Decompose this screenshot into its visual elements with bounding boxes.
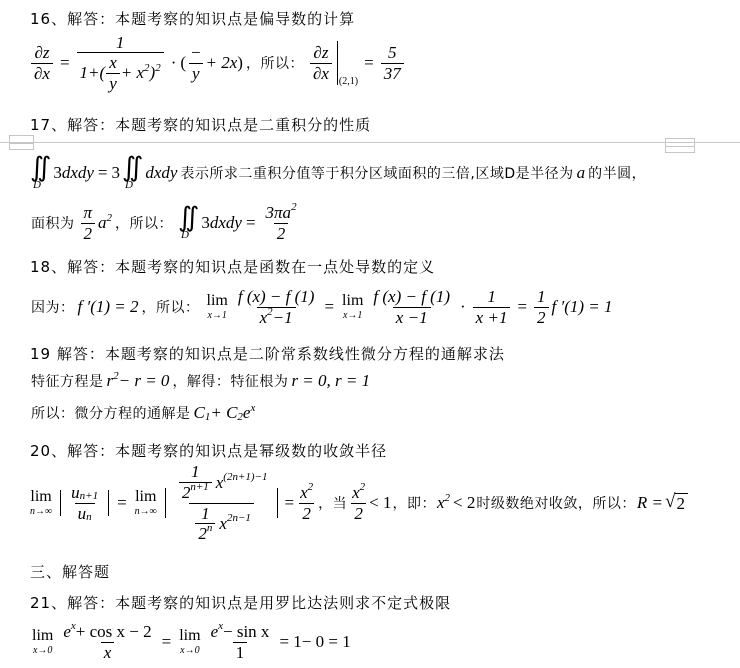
fraction: 1 2 n	[195, 504, 215, 544]
integral-region: D	[181, 230, 189, 241]
formula-19-line1: 特征方程是 r 2 − r = 0 ，解得：特征根为 r = 0, r = 1	[28, 368, 370, 394]
superscript: 2	[308, 482, 314, 493]
math-token: 1	[198, 504, 213, 524]
double-integral-icon: ∬	[30, 155, 51, 181]
math-token: < 2	[450, 493, 475, 513]
double-integral: ∬ D	[122, 155, 143, 192]
math-token: =	[56, 53, 74, 73]
chinese-text: ，当	[317, 493, 348, 513]
math-token: e	[211, 622, 219, 642]
double-integral: ∬ D	[30, 155, 51, 192]
math-token: u	[71, 483, 80, 503]
superscript: 2	[107, 213, 113, 224]
fraction: − y	[187, 43, 204, 83]
math-token: −1	[273, 308, 293, 328]
superscript: 2n−1	[227, 513, 251, 524]
fraction: ∂z ∂x	[31, 43, 53, 83]
subscript: 1	[205, 412, 211, 423]
math-token: ∂x	[310, 63, 332, 84]
math-token: 2	[274, 223, 289, 244]
math-token: a	[577, 163, 586, 183]
limit-operator: lim n→∞	[135, 489, 157, 517]
math-token: 1	[188, 462, 203, 482]
math-token: =	[113, 493, 131, 513]
formula-21: lim x→0 e x + cos x − 2 x = lim x→0 e x …	[28, 618, 351, 666]
fraction: 1 2	[534, 287, 549, 327]
math-token: 2	[299, 503, 314, 524]
math-token: lim	[30, 489, 51, 505]
limit-operator: lim x→1	[207, 293, 228, 321]
math-token: dxdy	[145, 163, 177, 183]
math-token: ·	[456, 297, 470, 317]
math-token: y	[189, 63, 203, 84]
boundary-mark-right	[665, 138, 695, 153]
subscript: n→∞	[30, 507, 52, 517]
math-token: ∂z	[31, 43, 52, 63]
math-token: 2	[351, 503, 366, 524]
fraction: x y	[106, 53, 120, 93]
math-token: π	[81, 203, 96, 223]
math-token: 3	[53, 163, 62, 183]
formula-17-line2: 面积为 π 2 a 2 ，所以： ∬ D 3 dxdy = 3πa 2 2	[28, 198, 303, 248]
boundary-mark-left	[9, 135, 34, 150]
limit-operator: lim x→0	[32, 628, 53, 656]
chinese-text: 表示所求二重积分值等于积分区域面积的三倍,区域D是半径为	[177, 163, 576, 183]
double-integral: ∬ D	[178, 205, 199, 242]
math-token: x	[216, 473, 224, 493]
limit-operator: lim n→∞	[30, 489, 52, 517]
document-page[interactable]: 16、解答：本题考察的知识点是偏导数的计算 ∂z ∂x = 1 1+( x y …	[0, 0, 740, 668]
math-token: u	[78, 504, 87, 524]
math-token: (	[180, 53, 186, 73]
chinese-text: ，所以：	[112, 213, 176, 233]
superscript: 2	[113, 371, 119, 382]
math-token: f ′(1) = 1	[552, 297, 613, 317]
math-token: lim	[179, 628, 200, 644]
math-token: 1	[233, 642, 248, 663]
formula-20: lim n→∞ u n+1 u n = lim n→∞ 1	[26, 458, 688, 548]
math-token: f (x) − f (1)	[370, 287, 453, 307]
fraction: 1 2 n+1 x (2n+1)−1 1 2 n x	[173, 462, 271, 543]
math-token: r	[107, 371, 114, 391]
math-token: =	[282, 493, 296, 513]
formula-18: 因为： f ′(1) = 2 ，所以： lim x→1 f (x) − f (1…	[28, 282, 613, 332]
fraction: x 2 2	[297, 483, 316, 523]
superscript: 2	[144, 63, 150, 74]
fraction: 3πa 2 2	[263, 203, 300, 243]
math-token: x	[219, 514, 227, 534]
superscript: 2	[360, 482, 366, 493]
limit-operator: lim x→1	[342, 293, 363, 321]
vertical-bar	[337, 41, 338, 85]
math-token: = 1− 0 = 1	[275, 632, 350, 652]
chinese-text: 所以：微分方程的通解是	[28, 403, 194, 423]
subscript: x→0	[33, 646, 52, 656]
math-token: e	[63, 622, 71, 642]
math-token: y	[106, 73, 120, 94]
subscript: n→∞	[135, 507, 157, 517]
chinese-text: ，所以：	[243, 53, 307, 73]
fraction: x 2 2	[349, 483, 368, 523]
superscript: x	[250, 403, 255, 414]
subscript: n	[86, 512, 92, 523]
math-token: r = 0, r = 1	[291, 371, 370, 391]
evaluation-bar: (2,1)	[337, 41, 358, 85]
math-token: f (x) − f (1)	[235, 287, 318, 307]
chinese-text: 时级数绝对收敛，所以：	[475, 493, 637, 513]
math-token: =	[94, 163, 112, 183]
fraction: u n+1 u n	[68, 483, 101, 523]
math-token: ∂z	[310, 43, 331, 63]
math-token: ·	[167, 53, 181, 73]
chinese-text: 的半圆，	[585, 163, 649, 183]
subscript: x→1	[343, 311, 362, 321]
chinese-text: 面积为	[28, 213, 78, 233]
math-token: x −1	[393, 307, 431, 328]
math-token: 1	[484, 287, 499, 307]
math-token: =	[242, 213, 260, 233]
superscript: 2	[291, 202, 297, 213]
page-boundary-line	[0, 142, 740, 143]
double-integral-icon: ∬	[178, 205, 199, 231]
math-token: 37	[381, 63, 404, 84]
math-token: x +1	[473, 307, 511, 328]
abs-bar	[277, 488, 278, 518]
fraction: 1 1+( x y + x 2 ) 2	[77, 33, 164, 94]
fraction: f (x) − f (1) x 2 −1	[235, 287, 318, 327]
math-token: 5	[385, 43, 400, 63]
math-token: < 1	[369, 493, 391, 513]
math-token: x	[101, 642, 115, 663]
solution-19-heading: 19 解答：本题考察的知识点是二阶常系数线性微分方程的通解求法	[30, 343, 505, 364]
abs-bar	[60, 490, 61, 516]
math-token: 1	[534, 287, 549, 307]
superscript: 2	[267, 307, 273, 318]
math-token: + C	[210, 403, 237, 423]
formula-19-line2: 所以：微分方程的通解是 C 1 + C 2 e x	[28, 400, 255, 426]
integral-region: D	[125, 180, 133, 191]
solution-21-heading: 21、解答：本题考察的知识点是用罗比达法则求不定式极限	[30, 592, 451, 613]
math-token: 3	[201, 213, 210, 233]
chinese-text: ，解得：特征根为	[169, 371, 291, 391]
formula-17-line1: ∬ D 3 dxdy = 3 ∬ D dxdy 表示所求二重积分值等于积分区域面…	[28, 150, 649, 196]
solution-18-heading: 18、解答：本题考察的知识点是函数在一点处导数的定义	[30, 256, 435, 277]
subscript: n+1	[80, 491, 98, 502]
fraction: 1 x +1	[473, 287, 511, 327]
math-token: =	[360, 53, 378, 73]
math-token: lim	[342, 293, 363, 309]
math-token: −	[187, 43, 204, 63]
math-token: =	[513, 297, 531, 317]
solution-16-heading: 16、解答：本题考察的知识点是偏导数的计算	[30, 8, 355, 29]
math-token: + cos x − 2	[76, 622, 152, 642]
chinese-text: 因为：	[28, 297, 78, 317]
math-token: − sin x	[223, 622, 269, 642]
math-token: C	[194, 403, 205, 423]
subscript: (2,1)	[339, 76, 358, 87]
abs-bar	[108, 490, 109, 516]
superscript: 2	[155, 63, 161, 74]
solution-17-heading: 17、解答：本题考察的知识点是二重积分的性质	[30, 114, 371, 135]
math-token: lim	[207, 293, 228, 309]
math-token: lim	[135, 489, 156, 505]
subscript: x→1	[207, 311, 226, 321]
chinese-text: 特征方程是	[28, 371, 107, 391]
math-token: 2	[81, 223, 96, 244]
math-token: 2	[534, 307, 549, 328]
superscript: x	[71, 621, 76, 632]
integral-region: D	[33, 180, 41, 191]
math-token: 2	[675, 493, 688, 514]
subscript: 2	[237, 412, 243, 423]
math-token: =	[158, 632, 176, 652]
boundary-mark-divider	[10, 143, 33, 144]
superscript: n+1	[190, 482, 208, 493]
fraction: e x − sin x 1	[208, 622, 273, 662]
math-token: 1+(	[80, 63, 106, 83]
math-token: 2	[198, 524, 207, 544]
math-token: x	[106, 53, 120, 73]
math-token: x	[300, 483, 308, 503]
sqrt-radical: √ 2	[665, 492, 688, 514]
math-token: 2	[182, 483, 191, 503]
math-token: dxdy	[62, 163, 94, 183]
radical-icon: √	[665, 492, 675, 511]
math-token: + 2x	[206, 53, 238, 73]
chinese-text: ，所以：	[139, 297, 203, 317]
math-token: a	[98, 213, 107, 233]
fraction: 1 2 n+1	[179, 462, 212, 502]
section-3-heading: 三、解答题	[30, 561, 110, 582]
superscript: (2n+1)−1	[223, 472, 267, 483]
abs-bar	[165, 488, 166, 518]
math-token: =	[320, 297, 338, 317]
math-token: + x	[121, 63, 144, 83]
math-token: dxdy	[210, 213, 242, 233]
fraction: π 2	[81, 203, 96, 243]
boundary-mark-divider	[666, 146, 694, 147]
fraction: ∂z ∂x	[310, 43, 332, 83]
math-token: R =	[637, 493, 663, 513]
math-token: x	[352, 483, 360, 503]
math-token: 1	[113, 33, 128, 53]
limit-operator: lim x→0	[179, 628, 200, 656]
math-token: x	[437, 493, 445, 513]
double-integral-icon: ∬	[122, 155, 143, 181]
math-token: x	[260, 308, 268, 328]
superscript: 2	[445, 493, 451, 504]
subscript: x→0	[180, 646, 199, 656]
math-token: − r = 0	[119, 371, 170, 391]
formula-16: ∂z ∂x = 1 1+( x y + x 2 ) 2 · ( − y + 2x	[28, 32, 407, 94]
math-token: ∂x	[31, 63, 53, 84]
chinese-text: ，即：	[392, 493, 438, 513]
math-token: 3πa	[266, 203, 292, 223]
fraction: 5 37	[381, 43, 404, 83]
superscript: n	[207, 523, 213, 534]
fraction: e x + cos x − 2 x	[60, 622, 154, 662]
math-token: lim	[32, 628, 53, 644]
math-token: 3	[112, 163, 121, 183]
fraction: f (x) − f (1) x −1	[370, 287, 453, 327]
math-token: f ′(1) = 2	[78, 297, 139, 317]
superscript: x	[218, 621, 223, 632]
